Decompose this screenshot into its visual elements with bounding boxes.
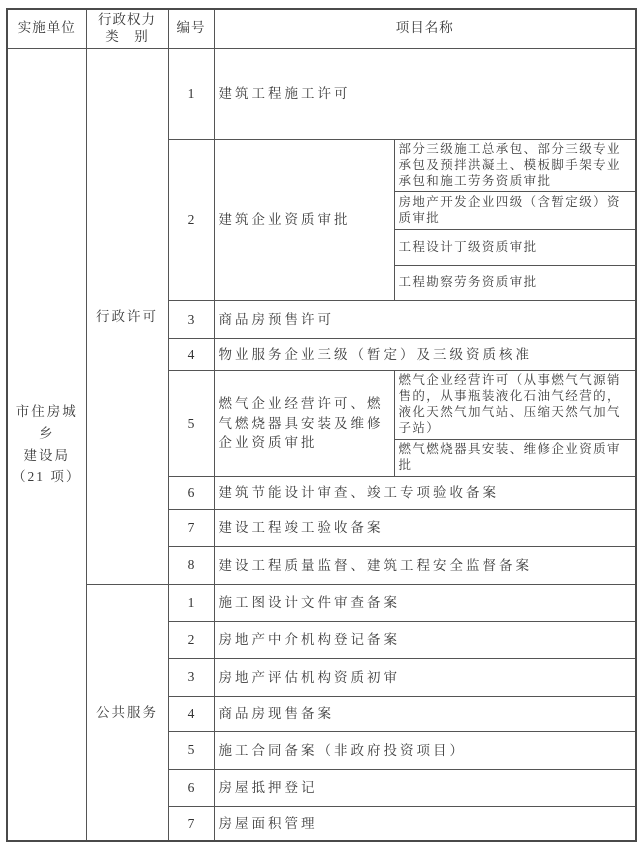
header-row: 实施单位 行政权力 类 别 编号 项目名称: [7, 9, 636, 48]
item-name: 物业服务企业三级（暂定）及三级资质核准: [214, 339, 636, 371]
sub-item: 燃气企业经营许可（从事燃气气源销售的，从事瓶装液化石油气经营的，液化天然气加气站…: [394, 371, 636, 440]
item-number: 5: [168, 371, 214, 477]
item-name: 施工图设计文件审查备案: [214, 584, 636, 621]
item-name: 商品房现售备案: [214, 696, 636, 731]
item-name: 燃气企业经营许可、燃气燃烧器具安装及维修企业资质审批: [214, 371, 394, 477]
header-number: 编号: [168, 9, 214, 48]
header-category-line2: 类 别: [91, 29, 164, 46]
authority-items-table: 实施单位 行政权力 类 别 编号 项目名称 市住房城乡 建设局 （21 项） 行…: [6, 8, 637, 842]
sub-item: 部分三级施工总承包、部分三级专业承包及预拌洪凝土、模板脚手架专业承包和施工劳务资…: [394, 139, 636, 192]
item-name: 建筑节能设计审查、竣工专项验收备案: [214, 476, 636, 509]
item-number: 4: [168, 696, 214, 731]
sub-item: 工程设计丁级资质审批: [394, 230, 636, 266]
item-name: 房屋面积管理: [214, 806, 636, 841]
item-number: 4: [168, 339, 214, 371]
header-category: 行政权力 类 别: [86, 9, 168, 48]
item-number: 7: [168, 509, 214, 546]
item-name: 建设工程竣工验收备案: [214, 509, 636, 546]
document-page: 实施单位 行政权力 类 别 编号 项目名称 市住房城乡 建设局 （21 项） 行…: [0, 0, 640, 820]
item-name: 建筑企业资质审批: [214, 139, 394, 301]
unit-name-line2: 建设局: [12, 445, 82, 467]
table-row: 公共服务 1 施工图设计文件审查备案: [7, 584, 636, 621]
header-category-line1: 行政权力: [91, 12, 164, 29]
item-number: 3: [168, 658, 214, 696]
item-name: 施工合同备案（非政府投资项目）: [214, 731, 636, 769]
item-number: 1: [168, 48, 214, 139]
category-administrative-license: 行政许可: [86, 48, 168, 584]
header-unit: 实施单位: [7, 9, 86, 48]
sub-item: 房地产开发企业四级（含暂定级）资质审批: [394, 192, 636, 230]
table-row: 市住房城乡 建设局 （21 项） 行政许可 1 建筑工程施工许可: [7, 48, 636, 139]
item-number: 2: [168, 139, 214, 301]
unit-name-line1: 市住房城乡: [12, 401, 82, 444]
unit-item-count: （21 项）: [12, 466, 82, 488]
item-number: 5: [168, 731, 214, 769]
item-name: 房地产评估机构资质初审: [214, 658, 636, 696]
item-number: 3: [168, 301, 214, 339]
header-project-name: 项目名称: [214, 9, 636, 48]
sub-item: 工程勘察劳务资质审批: [394, 266, 636, 301]
implementing-unit-cell: 市住房城乡 建设局 （21 项）: [7, 48, 86, 841]
item-name: 房屋抵押登记: [214, 769, 636, 806]
item-number: 8: [168, 546, 214, 584]
item-name: 商品房预售许可: [214, 301, 636, 339]
item-number: 6: [168, 476, 214, 509]
item-number: 1: [168, 584, 214, 621]
category-public-service: 公共服务: [86, 584, 168, 841]
item-name: 建筑工程施工许可: [214, 48, 636, 139]
item-number: 2: [168, 621, 214, 658]
sub-item: 燃气燃烧器具安装、维修企业资质审批: [394, 439, 636, 476]
item-number: 6: [168, 769, 214, 806]
item-name: 房地产中介机构登记备案: [214, 621, 636, 658]
item-number: 7: [168, 806, 214, 841]
item-name: 建设工程质量监督、建筑工程安全监督备案: [214, 546, 636, 584]
